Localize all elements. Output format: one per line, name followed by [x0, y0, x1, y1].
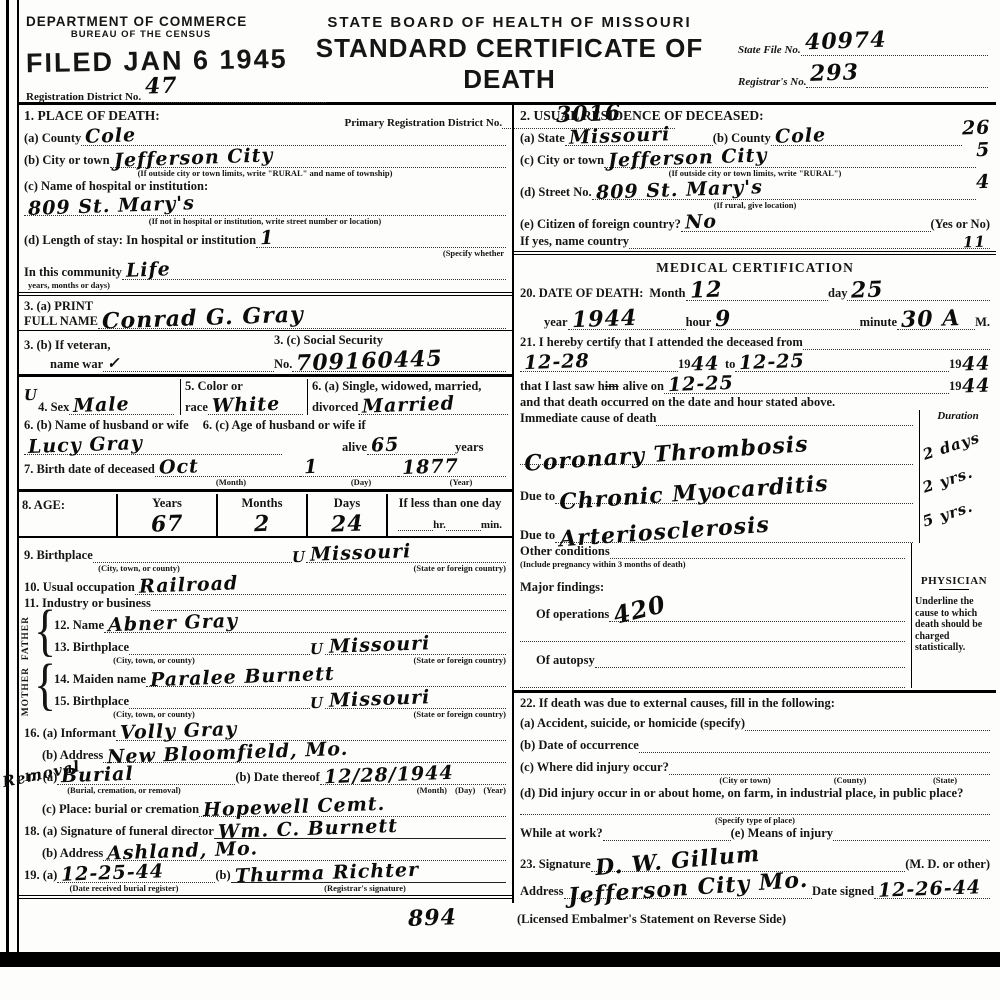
hospital-field: 809 St. Mary's	[24, 195, 506, 216]
mother-birthplace-checkmark: U	[310, 696, 325, 711]
father-birthplace-value: Missouri	[328, 634, 430, 657]
sex-field: Male	[69, 394, 174, 415]
funeral-address-label: (b) Address	[42, 846, 103, 861]
res-state-label: (a) State	[520, 131, 565, 146]
occupation-field: Railroad	[135, 574, 506, 595]
birthdate-label: 7. Birth date of deceased	[24, 462, 155, 477]
birthplace-note-1: (City, town, or county)	[24, 563, 254, 573]
father-birthplace-checkmark: U	[310, 642, 325, 657]
birth-day-value: 1	[304, 458, 319, 477]
divider	[18, 292, 512, 296]
county-label: (a) County	[24, 131, 81, 146]
age-table: 8. AGE: Years 67 Months 2 Days 24 If le	[18, 494, 512, 538]
other-conditions-note: (Include pregnancy within 3 months of de…	[514, 559, 911, 569]
duration-header: Duration	[922, 410, 994, 422]
dod-hour-label: hour	[686, 315, 712, 330]
father-vertical-label: FATHER	[21, 616, 31, 660]
length-of-stay-field: 1	[256, 227, 506, 248]
burial-field: Burial	[57, 764, 235, 785]
left-column: 1. PLACE OF DEATH: (a) County Cole (b) C…	[18, 105, 514, 903]
physician-address-label: Address	[520, 884, 564, 899]
ssn-field: 709160445	[292, 348, 506, 372]
birthplace-checkmark: U	[292, 550, 307, 565]
informant-field: Volly Gray	[116, 720, 506, 741]
dod-minute-field: 30 A	[897, 306, 975, 330]
registration-district-field: 47	[141, 79, 326, 103]
year-prefix-c: 19	[949, 379, 962, 394]
while-at-work-field	[603, 836, 731, 841]
informant-label: 16. (a) Informant	[24, 726, 116, 741]
birth-day-field: 1	[300, 456, 398, 477]
footer-row: 894 (Licensed Embalmer's Statement on Re…	[18, 903, 996, 929]
ssn-value: 709160445	[296, 347, 443, 374]
attended-from-field: 12-28	[520, 351, 678, 372]
medical-certification-title: MEDICAL CERTIFICATION	[514, 257, 996, 276]
registrar-sig-prefix: (b)	[215, 868, 230, 883]
due-2-duration: 5 yrs.	[921, 499, 975, 529]
father-name-label: 12. Name	[54, 618, 104, 633]
mother-name-label: 14. Maiden name	[54, 672, 146, 687]
autopsy-label: Of autopsy	[536, 653, 595, 668]
certificate-title: STANDARD CERTIFICATE OF DEATH	[281, 33, 738, 95]
veteran-label-2: name war	[50, 357, 103, 372]
certify-line: 21. I hereby certify that I attended the…	[520, 335, 803, 350]
accident-label: (a) Accident, suicide, or homicide (spec…	[520, 716, 745, 731]
month-note: (Month)	[156, 477, 306, 487]
race-value: White	[212, 395, 281, 416]
dod-year-label: year	[544, 315, 568, 330]
mother-name-field: Paralee Burnett	[146, 666, 506, 687]
due-to-1-label: Due to	[520, 489, 555, 504]
operations-label: Of operations	[536, 607, 609, 622]
place-of-death-title: 1. PLACE OF DEATH:	[18, 105, 512, 124]
birthplace-value: Missouri	[310, 542, 412, 565]
birth-year-field: 1877	[398, 456, 506, 477]
registrar-signature-field: Thurma Richter	[231, 862, 506, 883]
date-of-death-label: 20. DATE OF DEATH:	[520, 286, 643, 301]
county-value: Cole	[85, 126, 137, 147]
veteran-label-1: 3. (b) If veteran,	[24, 338, 274, 353]
veteran-field: ✓	[103, 353, 274, 372]
divider	[18, 895, 512, 899]
birth-month-value: Oct	[159, 457, 200, 477]
birth-month-field: Oct	[155, 456, 300, 477]
causes-block: Immediate cause of death Coronary Thromb…	[514, 410, 996, 543]
dod-m-label: M.	[975, 315, 990, 330]
father-birthplace-note-1: (City, town, or county)	[54, 655, 254, 665]
board-title: STATE BOARD OF HEALTH OF MISSOURI	[281, 14, 738, 31]
ssn-label-2: No.	[274, 357, 292, 372]
date-thereof-label: (b) Date thereof	[235, 770, 319, 785]
burial-place-label: (c) Place: burial or cremation	[42, 802, 199, 817]
attended-from-value: 12-28	[524, 352, 590, 373]
dod-day-value: 25	[851, 278, 884, 301]
res-city-label: (c) City or town	[520, 153, 604, 168]
while-at-work-label: While at work?	[520, 826, 603, 841]
divider	[514, 251, 996, 255]
registrar-no-label: Registrar's No.	[738, 76, 806, 88]
less-than-day-label: If less than one day	[392, 496, 508, 511]
autopsy-field	[595, 663, 905, 668]
burial-register-date: 12-25-44	[61, 862, 165, 885]
attended-to-field: 12-25	[735, 351, 949, 372]
registration-district-value: 47	[145, 74, 178, 97]
res-street-note: (If rural, give location)	[514, 200, 996, 210]
autopsy-field-2	[520, 683, 905, 688]
hr-label: hr.	[433, 519, 446, 531]
margin-code-26: 26	[961, 119, 990, 139]
mother-vertical-label: MOTHER	[21, 667, 31, 716]
dod-day-field: 25	[847, 277, 990, 301]
res-state-value: Missouri	[568, 125, 670, 148]
birth-year-value: 1877	[402, 457, 460, 478]
father-birthplace-label: 13. Birthplace	[54, 640, 129, 655]
date-signed-label: Date signed	[812, 884, 874, 899]
physician-rule	[939, 589, 969, 590]
year-suffix-b: 44	[961, 355, 990, 375]
injury-place-note: (Specify type of place)	[514, 815, 996, 825]
specify-whether-note: (Specify whether	[18, 248, 512, 258]
occupation-label: 10. Usual occupation	[24, 580, 135, 595]
due-1-duration: 2 yrs.	[921, 465, 975, 495]
right-column: 2. USUAL RESIDENCE OF DECEASED: (a) Stat…	[514, 105, 996, 903]
cause-duration: 2 days	[921, 430, 982, 463]
mother-birthplace-value: Missouri	[328, 688, 430, 711]
lastsaw-field: 12-25	[664, 373, 949, 394]
footer-number: 894	[408, 906, 458, 930]
marital-label-1: 6. (a) Single, widowed, married,	[312, 379, 508, 394]
scan-bottom-bar	[0, 952, 1000, 967]
father-block: FATHER { 12. Name Abner Gray 13. Birthpl…	[18, 611, 512, 665]
min-field	[446, 526, 481, 531]
margin-code-5: 5	[975, 141, 990, 160]
burial-place-field: Hopewell Cemt.	[199, 796, 506, 817]
fullname-field: Conrad G. Gray	[98, 305, 506, 329]
due-to-1-field: Chronic Myocarditis	[555, 480, 913, 504]
header-right: State File No. 40974 Registrar's No. 293	[738, 14, 988, 102]
year-prefix-b: 19	[949, 357, 962, 372]
burial-register-label: 19. (a)	[24, 868, 57, 883]
occurrence-date-field	[639, 748, 990, 753]
county-field: Cole	[81, 125, 506, 146]
community-field: Life	[122, 259, 506, 280]
immediate-cause-fill	[656, 421, 913, 426]
race-label-1: 5. Color or	[185, 379, 303, 394]
sex-label: 4. Sex	[38, 400, 69, 415]
md-or-other-note: (M. D. or other)	[905, 857, 990, 872]
ssn-label-1: 3. (c) Social Security	[274, 333, 506, 348]
dod-month-value: 12	[689, 278, 722, 301]
physician-signature-field: D. W. Gillum	[591, 848, 906, 872]
dod-month-label: Month	[649, 286, 685, 301]
divider	[18, 374, 512, 377]
dod-day-label: day	[828, 286, 847, 301]
header-center: STATE BOARD OF HEALTH OF MISSOURI STANDA…	[281, 14, 738, 102]
marital-label-2: divorced	[312, 400, 358, 415]
physician-header: PHYSICIAN	[915, 575, 993, 587]
age-days-header: Days	[312, 496, 382, 511]
date-thereof-value: 12/28/1944	[324, 764, 454, 788]
spouse-field: Lucy Gray	[24, 434, 282, 455]
death-occurred-line: and that death occurred on the date and …	[520, 395, 835, 410]
mother-birthplace-label: 15. Birthplace	[54, 694, 129, 709]
header-left: DEPARTMENT OF COMMERCE BUREAU OF THE CEN…	[26, 14, 281, 102]
operations-field-2	[520, 637, 905, 642]
citizen-label: (e) Citizen of foreign country?	[520, 217, 681, 232]
dod-hour-field: 9	[711, 306, 859, 330]
city-field: Jefferson City	[110, 147, 506, 168]
burial-note: (Burial, cremation, or removal)	[24, 785, 224, 795]
accident-field	[745, 726, 990, 731]
burial-register-field: 12-25-44	[57, 862, 215, 883]
spouse-age-value: 65	[371, 436, 400, 456]
burial-register-note: (Date received burial register)	[24, 883, 224, 893]
fullname-label-2: FULL NAME	[24, 314, 98, 329]
informant-address-field: New Bloomfield, Mo.	[103, 742, 506, 763]
marital-value: Married	[362, 394, 456, 416]
age-days-value: 24	[330, 512, 363, 535]
mother-brace: {	[34, 658, 48, 726]
res-county-field: Cole	[771, 125, 962, 146]
form-body: 1. PLACE OF DEATH: (a) County Cole (b) C…	[18, 102, 996, 903]
length-of-stay-label: (d) Length of stay: In hospital or insti…	[24, 233, 256, 248]
lastsaw-value: 12-25	[668, 374, 734, 395]
certify-fill	[803, 345, 990, 350]
race-label-2: race	[185, 400, 208, 415]
burial-value: Burial	[61, 765, 134, 787]
sex-value: Male	[73, 395, 130, 416]
res-street-field: 809 St. Mary's	[592, 179, 976, 200]
min-label: min.	[481, 519, 502, 531]
dod-minute-value: 30 A	[901, 307, 961, 331]
immediate-cause-label: Immediate cause of death	[520, 411, 656, 426]
age-months-value: 2	[253, 513, 270, 536]
dod-minute-label: minute	[860, 315, 898, 330]
yes-or-no-note: (Yes or No)	[931, 217, 990, 232]
mother-birthplace-note-2: (State or foreign country)	[254, 709, 506, 719]
age-years-value: 67	[150, 512, 183, 535]
race-field: White	[208, 394, 303, 415]
date-thereof-field: 12/28/1944	[320, 764, 506, 785]
mother-name-value: Paralee Burnett	[150, 665, 335, 690]
res-state-field: Missouri	[565, 125, 713, 146]
date-signed-value: 12-26-44	[878, 878, 982, 901]
dod-year-value: 1944	[571, 307, 637, 331]
means-of-injury-field	[833, 836, 990, 841]
occupation-value: Railroad	[138, 574, 238, 596]
lastsaw-label: that I last saw h	[520, 379, 605, 394]
physician-signature-label: 23. Signature	[520, 857, 591, 872]
alive-on-label: alive on	[623, 379, 664, 394]
to-label: to	[725, 357, 735, 372]
city-label: (b) City or town	[24, 153, 110, 168]
years-months-days-note: years, months or days)	[18, 280, 512, 290]
spouse-age-label: 6. (c) Age of husband or wife if	[203, 418, 366, 433]
occurrence-date-label: (b) Date of occurrence	[520, 738, 639, 753]
certificate-paper: DEPARTMENT OF COMMERCE BUREAU OF THE CEN…	[18, 4, 996, 929]
length-of-stay-value: 1	[260, 229, 275, 248]
injury-state-note: (State)	[900, 775, 990, 785]
injury-where-label: (c) Where did injury occur?	[520, 760, 669, 775]
veteran-mark: ✓	[107, 356, 121, 371]
name-country-label: If yes, name country	[520, 234, 629, 249]
community-value: Life	[126, 260, 171, 281]
burial-month-note: (Month)	[417, 785, 447, 795]
operations-field: 420	[609, 596, 905, 622]
fullname-label-1: 3. (a) PRINT	[24, 299, 98, 314]
fullname-value: Conrad G. Gray	[102, 303, 304, 332]
header: DEPARTMENT OF COMMERCE BUREAU OF THE CEN…	[18, 4, 996, 102]
city-note: (If outside city or town limits, write "…	[18, 168, 512, 178]
injury-city-note: (City or town)	[690, 775, 800, 785]
father-birthplace-field: Missouri	[325, 634, 506, 655]
divider	[514, 690, 996, 693]
state-file-label: State File No.	[738, 44, 801, 56]
spouse-age-field: 65	[367, 434, 455, 455]
mother-birthplace-field: Missouri	[325, 688, 506, 709]
divider	[18, 330, 512, 331]
date-signed-field: 12-26-44	[874, 878, 990, 899]
father-name-value: Abner Gray	[108, 612, 239, 636]
mother-block: MOTHER { 14. Maiden name Paralee Burnett…	[18, 665, 512, 719]
birthplace-label: 9. Birthplace	[24, 548, 93, 563]
community-label: In this community	[24, 265, 122, 280]
marital-field: Married	[358, 394, 508, 415]
dod-hour-value: 9	[715, 308, 732, 331]
birthplace-state-field: Missouri	[306, 542, 506, 563]
res-county-value: Cole	[774, 126, 826, 147]
hr-field	[398, 526, 433, 531]
year-prefix-a: 19	[678, 357, 691, 372]
years-suffix: years	[455, 440, 483, 455]
margin-code-4: 4	[975, 173, 990, 192]
injury-county-note: (County)	[800, 775, 900, 785]
means-of-injury-label: (e) Means of injury	[731, 826, 833, 841]
divider	[18, 489, 512, 492]
funeral-director-label: 18. (a) Signature of funeral director	[24, 824, 214, 839]
year-suffix-c: 44	[961, 377, 990, 397]
physician-note: Underline the cause to which death shoul…	[915, 596, 993, 654]
funeral-address-field: Ashland, Mo.	[103, 840, 506, 861]
name-country-field: 11	[629, 233, 990, 249]
state-file-field: 40974	[801, 32, 988, 56]
dod-year-field: 1944	[568, 306, 686, 330]
dod-month-field: 12	[686, 277, 829, 301]
alive-label: alive	[342, 440, 367, 455]
citizen-field: No	[681, 211, 931, 232]
res-street-label: (d) Street No.	[520, 185, 592, 200]
age-months-header: Months	[222, 496, 302, 511]
bureau-title: BUREAU OF THE CENSUS	[26, 29, 256, 40]
citizen-value: No	[685, 212, 718, 232]
lastsaw-strike: im	[605, 379, 619, 394]
injury-place-label: (d) Did injury occur in or about home, o…	[520, 786, 963, 801]
informant-value: Volly Gray	[120, 720, 238, 743]
major-findings-label: Major findings:	[520, 580, 604, 595]
due-to-2-label: Due to	[520, 528, 555, 543]
father-name-field: Abner Gray	[104, 612, 506, 633]
registrar-no-field: 293	[806, 64, 988, 88]
duration-column: Duration 2 days 2 yrs. 5 yrs.	[919, 410, 996, 543]
due-to-2-field: Arteriosclerosis	[555, 519, 913, 543]
registrar-no-value: 293	[810, 61, 860, 85]
spouse-label: 6. (b) Name of husband or wife	[24, 418, 189, 433]
name-country-mark: 11	[963, 235, 986, 251]
death-certificate-scan: DEPARTMENT OF COMMERCE BUREAU OF THE CEN…	[0, 0, 1000, 1000]
primary-registration-value: 3016	[555, 102, 621, 126]
sex-checkmark: U	[24, 388, 39, 403]
embalmer-statement-note: (Licensed Embalmer's Statement on Revers…	[517, 912, 786, 927]
res-city-field: Jefferson City	[604, 147, 976, 168]
burial-day-note: (Day)	[455, 785, 475, 795]
physician-column: PHYSICIAN Underline the cause to which d…	[911, 543, 996, 688]
department-title: DEPARTMENT OF COMMERCE	[26, 14, 281, 29]
burial-year-note: (Year)	[483, 785, 506, 795]
attended-to-value: 12-25	[739, 352, 805, 373]
age-years-header: Years	[122, 496, 212, 511]
day-note: (Day)	[306, 477, 416, 487]
year-note: (Year)	[416, 477, 506, 487]
age-label: 8. AGE:	[22, 498, 65, 512]
funeral-address-value: Ashland, Mo.	[107, 839, 259, 863]
registration-district-label: Registration District No.	[26, 91, 141, 103]
immediate-cause-field: Coronary Thrombosis	[520, 441, 913, 465]
state-file-value: 40974	[804, 29, 886, 54]
funeral-director-field: Wm. C. Burnett	[214, 818, 506, 839]
findings-block: Other conditions (Include pregnancy with…	[514, 543, 996, 688]
external-causes-title: 22. If death was due to external causes,…	[520, 696, 835, 711]
operations-scrawl: 420	[611, 592, 668, 628]
spouse-value: Lucy Gray	[28, 434, 144, 457]
